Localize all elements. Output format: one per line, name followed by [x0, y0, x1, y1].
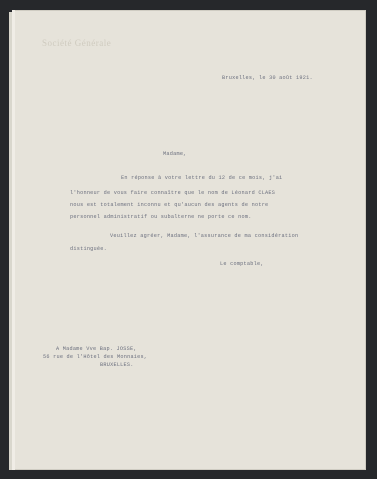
letter-page	[12, 10, 366, 470]
body-line: personnel administratif ou subalterne ne…	[70, 214, 252, 220]
address-line: A Madame Vve Bap. JOSSE,	[56, 346, 137, 352]
signature: Le comptable,	[220, 261, 264, 267]
page-edge	[12, 10, 15, 470]
body-line: Veuillez agréer, Madame, l'assurance de …	[110, 233, 298, 239]
body-line: nous est totalement inconnu et qu'aucun …	[70, 202, 268, 208]
body-line: En réponse à votre lettre du 12 de ce mo…	[121, 175, 282, 181]
body-line: distinguée.	[70, 246, 107, 252]
body-line: l'honneur de vous faire connaître que le…	[70, 190, 275, 196]
faint-letterhead: Société Générale	[42, 38, 111, 48]
salutation: Madame,	[163, 151, 187, 157]
date-line: Bruxelles, le 30 août 1921.	[222, 75, 313, 81]
address-line: 56 rue de l'Hôtel des Monnaies,	[43, 354, 147, 360]
address-line: BRUXELLES.	[100, 362, 134, 368]
